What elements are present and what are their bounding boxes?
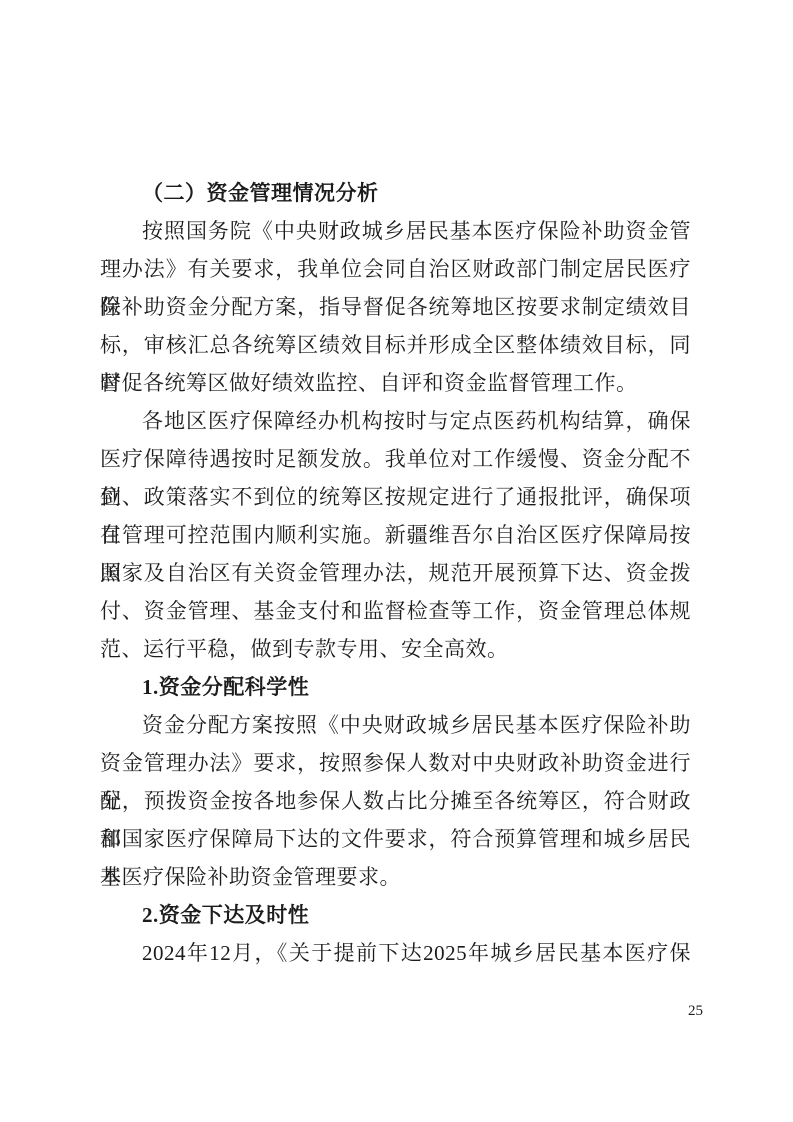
page-number: 25 xyxy=(688,1000,703,1022)
paragraph-line: 医疗保障待遇按时足额发放。我单位对工作缓慢、资金分配不到 xyxy=(100,440,691,478)
paragraph-line: 和国家医疗保障局下达的文件要求，符合预算管理和城乡居民基 xyxy=(100,820,691,858)
paragraph-settlement-and-supervision: 各地区医疗保障经办机构按时与定点医药机构结算，确保 医疗保障待遇按时足额发放。我… xyxy=(100,402,691,668)
paragraph-line: 资金管理办法》要求，按照参保人数对中央财政补助资金进行分 xyxy=(100,744,691,782)
paragraph-line: 各地区医疗保障经办机构按时与定点医药机构结算，确保 xyxy=(100,402,691,440)
paragraph-line: 督促各统筹区做好绩效监控、自评和资金监督管理工作。 xyxy=(100,364,691,402)
paragraph-line: 位、政策落实不到位的统筹区按规定进行了通报批评，确保项目 xyxy=(100,478,691,516)
subheading-fund-timeliness: 2.资金下达及时性 xyxy=(100,896,691,934)
paragraph-line: 资金分配方案按照《中央财政城乡居民基本医疗保险补助 xyxy=(100,706,691,744)
document-page: （二）资金管理情况分析 按照国务院《中央财政城乡居民基本医疗保险补助资金管 理办… xyxy=(0,0,793,1122)
paragraph-line: 本医疗保险补助资金管理要求。 xyxy=(100,858,691,896)
paragraph-line: 付、资金管理、基金支付和监督检查等工作，资金管理总体规 xyxy=(100,592,691,630)
paragraph-line: 理办法》有关要求，我单位会同自治区财政部门制定居民医疗保 xyxy=(100,250,691,288)
paragraph-line: 国家及自治区有关资金管理办法，规范开展预算下达、资金拨 xyxy=(100,554,691,592)
section-heading: （二）资金管理情况分析 xyxy=(100,174,691,212)
paragraph-line: 2024年12月，《关于提前下达2025年城乡居民基本医疗保 xyxy=(100,934,691,972)
paragraph-fund-management-overview: 按照国务院《中央财政城乡居民基本医疗保险补助资金管 理办法》有关要求，我单位会同… xyxy=(100,212,691,402)
paragraph-line: 配，预拨资金按各地参保人数占比分摊至各统筹区，符合财政部 xyxy=(100,782,691,820)
paragraph-fund-allocation-detail: 资金分配方案按照《中央财政城乡居民基本医疗保险补助 资金管理办法》要求，按照参保… xyxy=(100,706,691,896)
paragraph-line: 标，审核汇总各统筹区绩效目标并形成全区整体绩效目标，同时 xyxy=(100,326,691,364)
paragraph-line: 按照国务院《中央财政城乡居民基本医疗保险补助资金管 xyxy=(100,212,691,250)
subheading-fund-allocation: 1.资金分配科学性 xyxy=(100,668,691,706)
paragraph-line: 险补助资金分配方案，指导督促各统筹地区按要求制定绩效目 xyxy=(100,288,691,326)
paragraph-line: 在管理可控范围内顺利实施。新疆维吾尔自治区医疗保障局按照 xyxy=(100,516,691,554)
page-body: （二）资金管理情况分析 按照国务院《中央财政城乡居民基本医疗保险补助资金管 理办… xyxy=(100,174,691,972)
paragraph-line: 范、运行平稳，做到专款专用、安全高效。 xyxy=(100,630,691,668)
paragraph-fund-timeliness-detail: 2024年12月，《关于提前下达2025年城乡居民基本医疗保 xyxy=(100,934,691,972)
